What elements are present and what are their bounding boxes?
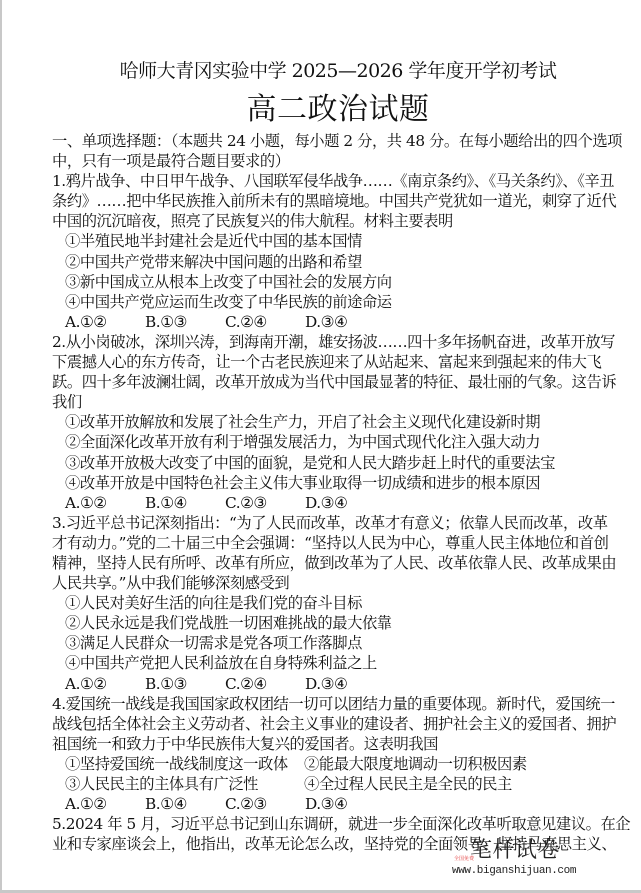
option-statement: ③人民民主的主体具有广泛性 [65, 774, 304, 794]
answer-choice-c: C.②④ [225, 674, 305, 694]
question-1: 1.鸦片战争、中日甲午战争、八国联军侵华战争……《南京条约》、《马关条约》、《辛… [52, 171, 624, 332]
option-statement: ③改革开放极大改变了中国的面貌，是党和人民大踏步赶上时代的重要法宝 [52, 453, 624, 473]
answer-choices: A.①② B.①④ C.②③ D.③④ [52, 794, 624, 814]
option-statement: ②中国共产党带来解决中国问题的出路和希望 [52, 252, 624, 272]
watermark-brand: 笔杆试卷 [470, 838, 560, 864]
answer-choice-d: D.③④ [305, 312, 385, 332]
option-row: ①坚持爱国统一战线制度这一政体 ②能最大限度地调动一切积极因素 [52, 754, 624, 774]
answer-choice-c: C.②③ [225, 794, 305, 814]
question-stem-line: 精神，坚持人民有所呼、改革有所应，做到改革为了人民、改革依靠人民、改革成果由 [52, 553, 624, 573]
question-stem-line: 人民共享。”从中我们能够深刻感受到 [52, 573, 624, 593]
answer-choice-d: D.③④ [305, 493, 385, 513]
option-row: ③人民民主的主体具有广泛性 ④全过程人民民主是全民的民主 [52, 774, 624, 794]
question-2: 2.从小岗破冰，深圳兴涛，到海南开潮，雄安扬波……四十多年扬帆奋进，改革开放写 … [52, 332, 624, 513]
question-4: 4.爱国统一战线是我国国家政权团结一切可以团结力量的重要体现。新时代，爱国统一 … [52, 694, 624, 815]
question-stem-line: 我们 [52, 392, 624, 412]
option-statement: ②能最大限度地调动一切积极因素 [304, 754, 527, 774]
answer-choice-b: B.①④ [145, 794, 225, 814]
option-statement: ④中国共产党应运而生改变了中华民族的前途命运 [52, 292, 624, 312]
answer-choices: A.①② B.①③ C.②④ D.③④ [52, 674, 624, 694]
question-stem-line: 祖国统一和致力于中华民族伟大复兴的爱国者。这表明我国 [52, 734, 624, 754]
answer-choice-c: C.②③ [225, 493, 305, 513]
option-statement: ③满足人民群众一切需求是党各项工作落脚点 [52, 633, 624, 653]
question-stem-line: 才有动力。”党的二十届三中全会强调：“坚持以人民为中心，尊重人民主体地位和首创 [52, 533, 624, 553]
question-stem-line: 中国的沉沉暗夜，照亮了民族复兴的伟大航程。材料主要表明 [52, 211, 624, 231]
answer-choice-c: C.②④ [225, 312, 305, 332]
instruction-line: 一、单项选择题：（本题共 24 小题，每小题 2 分，共 48 分。在每小题给出… [52, 131, 624, 151]
section-instruction: 一、单项选择题：（本题共 24 小题，每小题 2 分，共 48 分。在每小题给出… [52, 131, 624, 171]
question-stem-line: 2.从小岗破冰，深圳兴涛，到海南开潮，雄安扬波……四十多年扬帆奋进，改革开放写 [52, 332, 624, 352]
option-statement: ③新中国成立从根本上改变了中国社会的发展方向 [52, 272, 624, 292]
option-statement: ②全面深化改革开放有利于增强发展活力，为中国式现代化注入强大动力 [52, 432, 624, 452]
watermark-url: www.biganshijuan.com [452, 865, 576, 877]
question-stem-line: 跃。四十多年波澜壮阔，改革开放成为当代中国最显著的特征、最壮丽的气象。这告诉 [52, 372, 624, 392]
question-stem-line: 5.2024 年 5 月，习近平总书记到山东调研，就进一步全面深化改革听取意见建… [52, 814, 624, 834]
option-statement: ①人民对美好生活的向往是我们党的奋斗目标 [52, 593, 624, 613]
page-left-edge [0, 0, 2, 893]
question-stem-line: 1.鸦片战争、中日甲午战争、八国联军侵华战争……《南京条约》、《马关条约》、《辛… [52, 171, 624, 191]
question-stem-line: 下震撼人心的东方传奇，让一个古老民族迎来了从站起来、富起来到强起来的伟大飞 [52, 352, 624, 372]
answer-choice-b: B.①④ [145, 493, 225, 513]
answer-choices: A.①② B.①④ C.②③ D.③④ [52, 493, 624, 513]
answer-choice-b: B.①③ [145, 312, 225, 332]
paper-title: 高二政治试题 [52, 91, 624, 129]
option-statement: ④中国共产党把人民利益放在自身特殊利益之上 [52, 653, 624, 673]
question-stem-line: 条约》……把中华民族推入前所未有的黑暗境地。中国共产党犹如一道光，刺穿了近代 [52, 191, 624, 211]
option-statement: ①改革开放解放和发展了社会生产力，开启了社会主义现代化建设新时期 [52, 412, 624, 432]
option-statement: ②人民永远是我们党战胜一切困难挑战的最大依靠 [52, 613, 624, 633]
option-statement: ④改革开放是中国特色社会主义伟大事业取得一切成绩和进步的根本原因 [52, 473, 624, 493]
school-exam-title: 哈师大青冈实验中学 2025—2026 学年度开学初考试 [118, 58, 558, 84]
answer-choice-a: A.①② [65, 794, 145, 814]
watermark-logo: 全国免费 笔杆试卷 www.biganshijuan.com [452, 838, 582, 886]
answer-choice-d: D.③④ [305, 794, 385, 814]
question-stem-line: 战线包括全体社会主义劳动者、社会主义事业的建设者、拥护社会主义的爱国者、拥护 [52, 714, 624, 734]
question-3: 3.习近平总书记深刻指出：“为了人民而改革，改革才有意义；依靠人民而改革，改革 … [52, 513, 624, 694]
option-statement: ④全过程人民民主是全民的民主 [304, 774, 512, 794]
option-statement: ①坚持爱国统一战线制度这一政体 [65, 754, 304, 774]
instruction-line: 中，只有一项是最符合题目要求的） [52, 151, 624, 171]
answer-choice-a: A.①② [65, 312, 145, 332]
answer-choices: A.①② B.①③ C.②④ D.③④ [52, 312, 624, 332]
question-stem-line: 4.爱国统一战线是我国国家政权团结一切可以团结力量的重要体现。新时代，爱国统一 [52, 694, 624, 714]
question-stem-line: 3.习近平总书记深刻指出：“为了人民而改革，改革才有意义；依靠人民而改革，改革 [52, 513, 624, 533]
answer-choice-a: A.①② [65, 493, 145, 513]
option-statement: ①半殖民地半封建社会是近代中国的基本国情 [52, 231, 624, 251]
answer-choice-a: A.①② [65, 674, 145, 694]
exam-body: 一、单项选择题：（本题共 24 小题，每小题 2 分，共 48 分。在每小题给出… [52, 131, 624, 854]
answer-choice-d: D.③④ [305, 674, 385, 694]
answer-choice-b: B.①③ [145, 674, 225, 694]
